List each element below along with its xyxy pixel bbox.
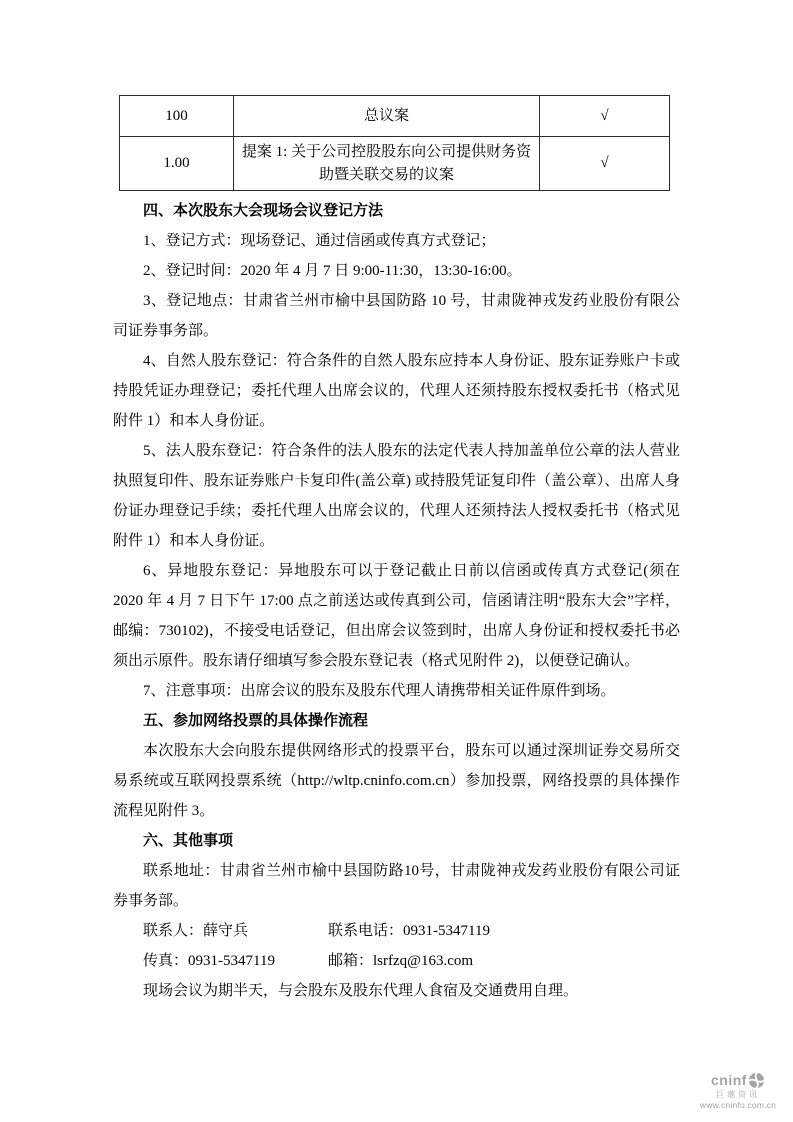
cninfo-globe-icon — [748, 1072, 765, 1089]
cninfo-brand-text: cninf — [711, 1073, 747, 1087]
paragraph-online-voting: 本次股东大会向股东提供网络形式的投票平台，股东可以通过深圳证券交易所交易系统或互… — [113, 736, 680, 826]
proposal-table: 100 总议案 √ 1.00 提案 1: 关于公司控股股东向公司提供财务资助暨关… — [119, 95, 670, 191]
paragraph-registration-place: 3、登记地点：甘肃省兰州市榆中县国防路 10 号，甘肃陇神戎发药业股份有限公司证… — [113, 286, 680, 346]
paragraph-meeting-note: 现场会议为期半天，与会股东及股东代理人食宿及交通费用自理。 — [113, 976, 680, 1006]
proposal-name-cell: 总议案 — [234, 96, 540, 137]
paragraph-remote-shareholder: 6、异地股东登记：异地股东可以于登记截止日前以信函或传真方式登记(须在 2020… — [113, 556, 680, 676]
paragraph-registration-method: 1、登记方式：现场登记、通过信函或传真方式登记； — [113, 226, 680, 256]
contact-person: 联系人：薛守兵 — [143, 916, 328, 946]
paragraph-registration-time: 2、登记时间：2020 年 4 月 7 日 9:00-11:30，13:30-1… — [113, 256, 680, 286]
paragraph-contact-address: 联系地址：甘肃省兰州市榆中县国防路10号，甘肃陇神戎发药业股份有限公司证券事务部… — [113, 856, 680, 916]
document-body: 四、本次股东大会现场会议登记方法 1、登记方式：现场登记、通过信函或传真方式登记… — [113, 196, 680, 1006]
cninfo-logo-top: cninf — [692, 1072, 784, 1089]
cninfo-logo: cninf 巨潮资讯 www.cninfo.com.cn — [692, 1072, 784, 1110]
vote-check-cell: √ — [540, 96, 670, 137]
table-row: 1.00 提案 1: 关于公司控股股东向公司提供财务资助暨关联交易的议案 √ — [120, 137, 670, 191]
table-row: 100 总议案 √ — [120, 96, 670, 137]
contact-fax: 传真：0931-5347119 — [143, 946, 328, 976]
cninfo-url: www.cninfo.com.cn — [692, 1101, 784, 1110]
proposal-code-cell: 1.00 — [120, 137, 234, 191]
contact-row: 联系人：薛守兵 联系电话：0931-5347119 — [113, 916, 680, 946]
section-heading-other: 六、其他事项 — [113, 826, 680, 856]
contact-email: 邮箱：lsrfzq@163.com — [328, 946, 680, 976]
contact-phone: 联系电话：0931-5347119 — [328, 916, 680, 946]
proposal-name-cell: 提案 1: 关于公司控股股东向公司提供财务资助暨关联交易的议案 — [234, 137, 540, 191]
vote-check-cell: √ — [540, 137, 670, 191]
paragraph-corporate-shareholder: 5、法人股东登记：符合条件的法人股东的法定代表人持加盖单位公章的法人营业执照复印… — [113, 436, 680, 556]
proposal-code-cell: 100 — [120, 96, 234, 137]
contact-row: 传真：0931-5347119 邮箱：lsrfzq@163.com — [113, 946, 680, 976]
document-page: 100 总议案 √ 1.00 提案 1: 关于公司控股股东向公司提供财务资助暨关… — [113, 95, 680, 1006]
paragraph-notes: 7、注意事项：出席会议的股东及股东代理人请携带相关证件原件到场。 — [113, 676, 680, 706]
cninfo-chinese-name: 巨潮资讯 — [692, 1091, 784, 1099]
section-heading-registration: 四、本次股东大会现场会议登记方法 — [113, 196, 680, 226]
section-heading-online-voting: 五、参加网络投票的具体操作流程 — [113, 706, 680, 736]
paragraph-individual-shareholder: 4、自然人股东登记：符合条件的自然人股东应持本人身份证、股东证券账户卡或持股凭证… — [113, 346, 680, 436]
